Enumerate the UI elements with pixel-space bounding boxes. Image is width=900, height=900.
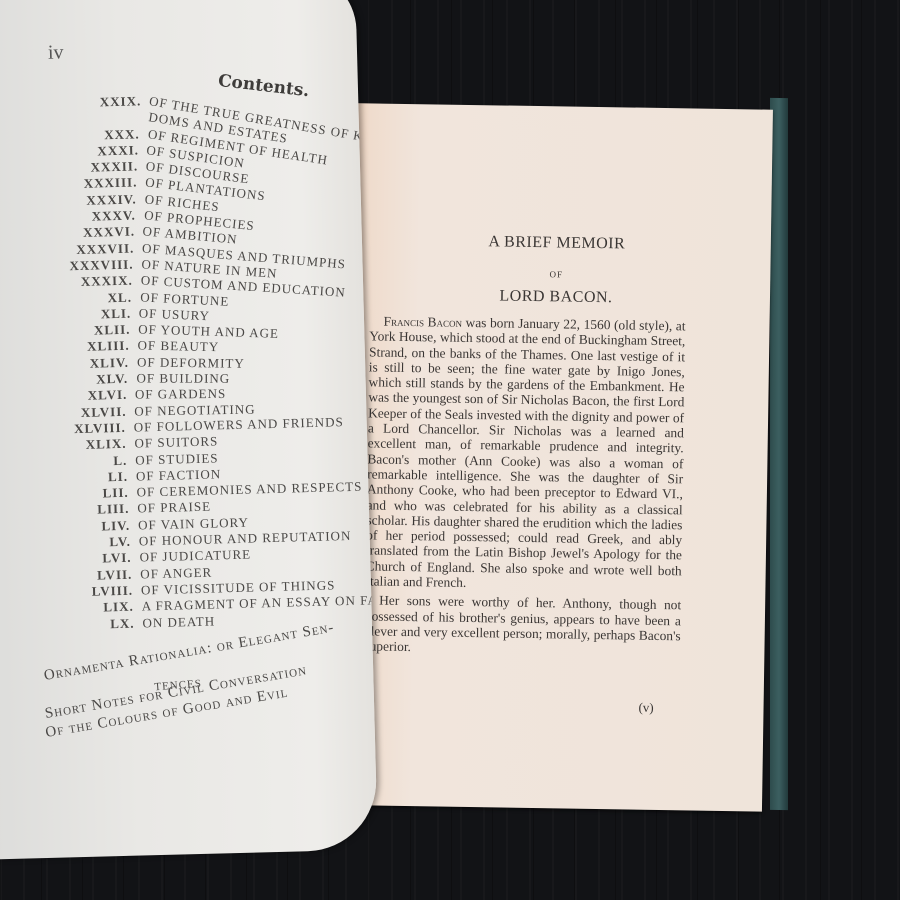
chapter-title: OF STUDIES (135, 450, 219, 468)
book-cover-edge (770, 98, 788, 810)
chapter-title: OF PRAISE (137, 499, 211, 517)
memoir-paragraph: Her sons were worthy of her. Anthony, th… (364, 593, 681, 659)
memoir-paragraph: Francis Bacon was born January 22, 1560 … (365, 313, 685, 593)
page-number: (v) (638, 700, 653, 716)
appendix-list: Ornamenta Rationalia: or Elegant Sen-ten… (44, 660, 366, 744)
chapter-title: ON DEATH (142, 613, 215, 631)
chapter-title: OF FACTION (136, 466, 222, 484)
memoir-title: A BRIEF MEMOIR (343, 231, 771, 256)
lead-in: Francis Bacon (383, 314, 462, 330)
right-page: A BRIEF MEMOIR OF LORD BACON. Francis Ba… (334, 103, 773, 812)
left-page: iv Contents. XXIX.OF THE TRUE GREATNESS … (0, 0, 378, 860)
chapter-title: OF SUITORS (134, 434, 218, 452)
memoir-subject: LORD BACON. (342, 285, 770, 310)
memoir-of: OF (342, 266, 770, 283)
table-of-contents: XXIX.OF THE TRUE GREATNESS OF KING-DOMS … (23, 87, 377, 634)
chapter-number: LX. (16, 615, 134, 634)
chapter-title: OF ANGER (140, 564, 212, 582)
chapter-number (23, 122, 141, 125)
memoir-body: Francis Bacon was born January 22, 1560 … (364, 313, 685, 662)
page-number: iv (48, 41, 64, 64)
